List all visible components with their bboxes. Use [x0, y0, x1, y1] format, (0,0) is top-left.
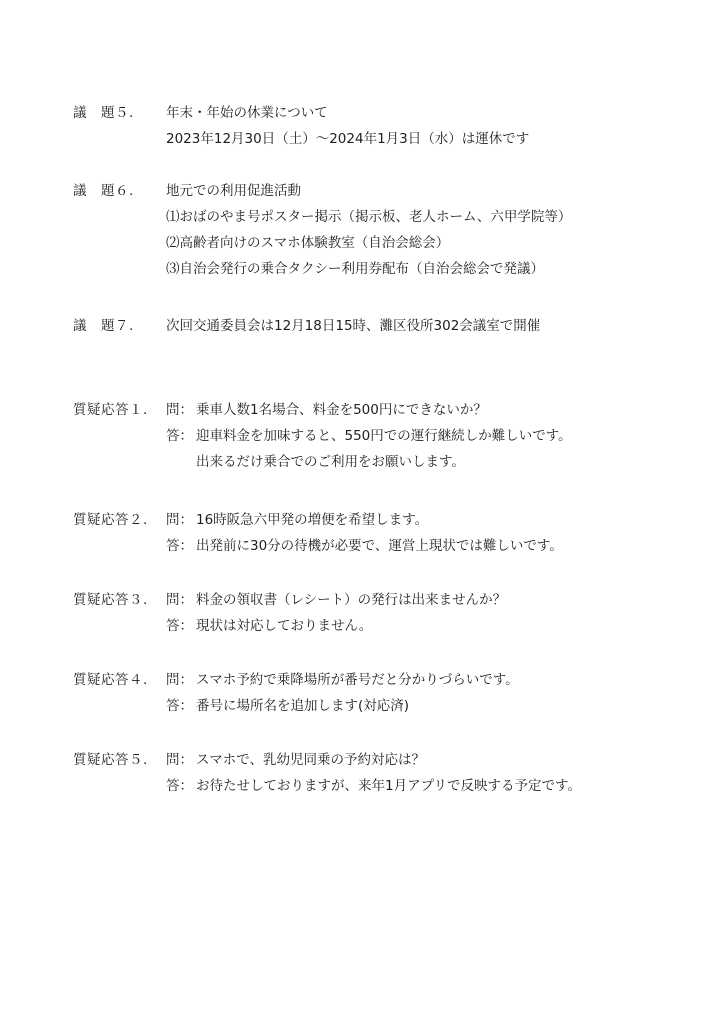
answer-text: 現状は対応しておりません。 — [196, 618, 372, 634]
agenda-title: 次回交通委員会は12月18日15時、灘区役所302会議室で開催 — [166, 313, 673, 339]
agenda-label: 議 題６. — [73, 178, 166, 204]
agenda-title: 地元での利用促進活動 — [166, 178, 673, 204]
agenda-line: 2023年12月30日（土）～2024年1月3日（水）は運休です — [166, 126, 673, 152]
qa-item-4: 質疑応答４. 問：スマホ予約で乗降場所が番号だと分かりづらいです。 答：番号に場… — [73, 667, 673, 719]
question-text: 16時阪急六甲発の増便を希望します。 — [196, 512, 428, 528]
qa-label: 質疑応答２. — [73, 507, 166, 533]
answer-text: 番号に場所名を追加します(対応済) — [196, 698, 409, 714]
question-text: スマホで、乳幼児同乗の予約対応は？ — [196, 752, 425, 768]
agenda-title: 年末・年始の休業について — [166, 100, 673, 126]
answer-marker: 答： — [166, 773, 196, 799]
question-marker: 問： — [166, 507, 196, 533]
answer-marker: 答： — [166, 533, 196, 559]
qa-item-3: 質疑応答３. 問：料金の領収書（レシート）の発行は出来ませんか？ 答：現状は対応… — [73, 587, 673, 639]
agenda-item-6: 議 題６. 地元での利用促進活動 ⑴おばのやま号ポスター掲示（掲示板、老人ホーム… — [73, 178, 673, 282]
question-text: スマホ予約で乗降場所が番号だと分かりづらいです。 — [196, 672, 519, 688]
answer-text: 出発前に30分の待機が必要で、運営上現状では難しいです。 — [196, 538, 563, 554]
agenda-item-5: 議 題５. 年末・年始の休業について 2023年12月30日（土）～2024年1… — [73, 100, 673, 152]
answer-text: お待たせしておりますが、来年1月アプリで反映する予定です。 — [196, 778, 581, 794]
agenda-label: 議 題５. — [73, 100, 166, 126]
question-text: 料金の領収書（レシート）の発行は出来ませんか？ — [196, 592, 506, 608]
agenda-item-7: 議 題７. 次回交通委員会は12月18日15時、灘区役所302会議室で開催 — [73, 313, 673, 339]
qa-item-1: 質疑応答１. 問：乗車人数1名場合、料金を500円にできないか？ 答：迎車料金を… — [73, 397, 673, 475]
qa-item-5: 質疑応答５. 問：スマホで、乳幼児同乗の予約対応は？ 答：お待たせしておりますが… — [73, 747, 673, 799]
question-marker: 問： — [166, 747, 196, 773]
answer-marker: 答： — [166, 613, 196, 639]
qa-label: 質疑応答３. — [73, 587, 166, 613]
agenda-line: ⑶自治会発行の乗合タクシー利用券配布（自治会総会で発議） — [166, 256, 673, 282]
question-marker: 問： — [166, 587, 196, 613]
agenda-line: ⑵高齢者向けのスマホ体験教室（自治会総会） — [166, 230, 673, 256]
document-page: 議 題５. 年末・年始の休業について 2023年12月30日（土）～2024年1… — [0, 0, 724, 1024]
agenda-label: 議 題７. — [73, 313, 166, 339]
question-text: 乗車人数1名場合、料金を500円にできないか？ — [196, 402, 487, 418]
qa-label: 質疑応答５. — [73, 747, 166, 773]
qa-item-2: 質疑応答２. 問：16時阪急六甲発の増便を希望します。 答：出発前に30分の待機… — [73, 507, 673, 559]
question-marker: 問： — [166, 667, 196, 693]
answer-text: 迎車料金を加味すると、550円での運行継続しか難しいです。 — [196, 428, 572, 444]
qa-label: 質疑応答４. — [73, 667, 166, 693]
question-marker: 問： — [166, 397, 196, 423]
agenda-line: ⑴おばのやま号ポスター掲示（掲示板、老人ホーム、六甲学院等） — [166, 204, 673, 230]
answer-marker: 答： — [166, 693, 196, 719]
qa-label: 質疑応答１. — [73, 397, 166, 423]
answer-marker: 答： — [166, 423, 196, 449]
answer-text: 出来るだけ乗合でのご利用をお願いします。 — [166, 449, 673, 475]
